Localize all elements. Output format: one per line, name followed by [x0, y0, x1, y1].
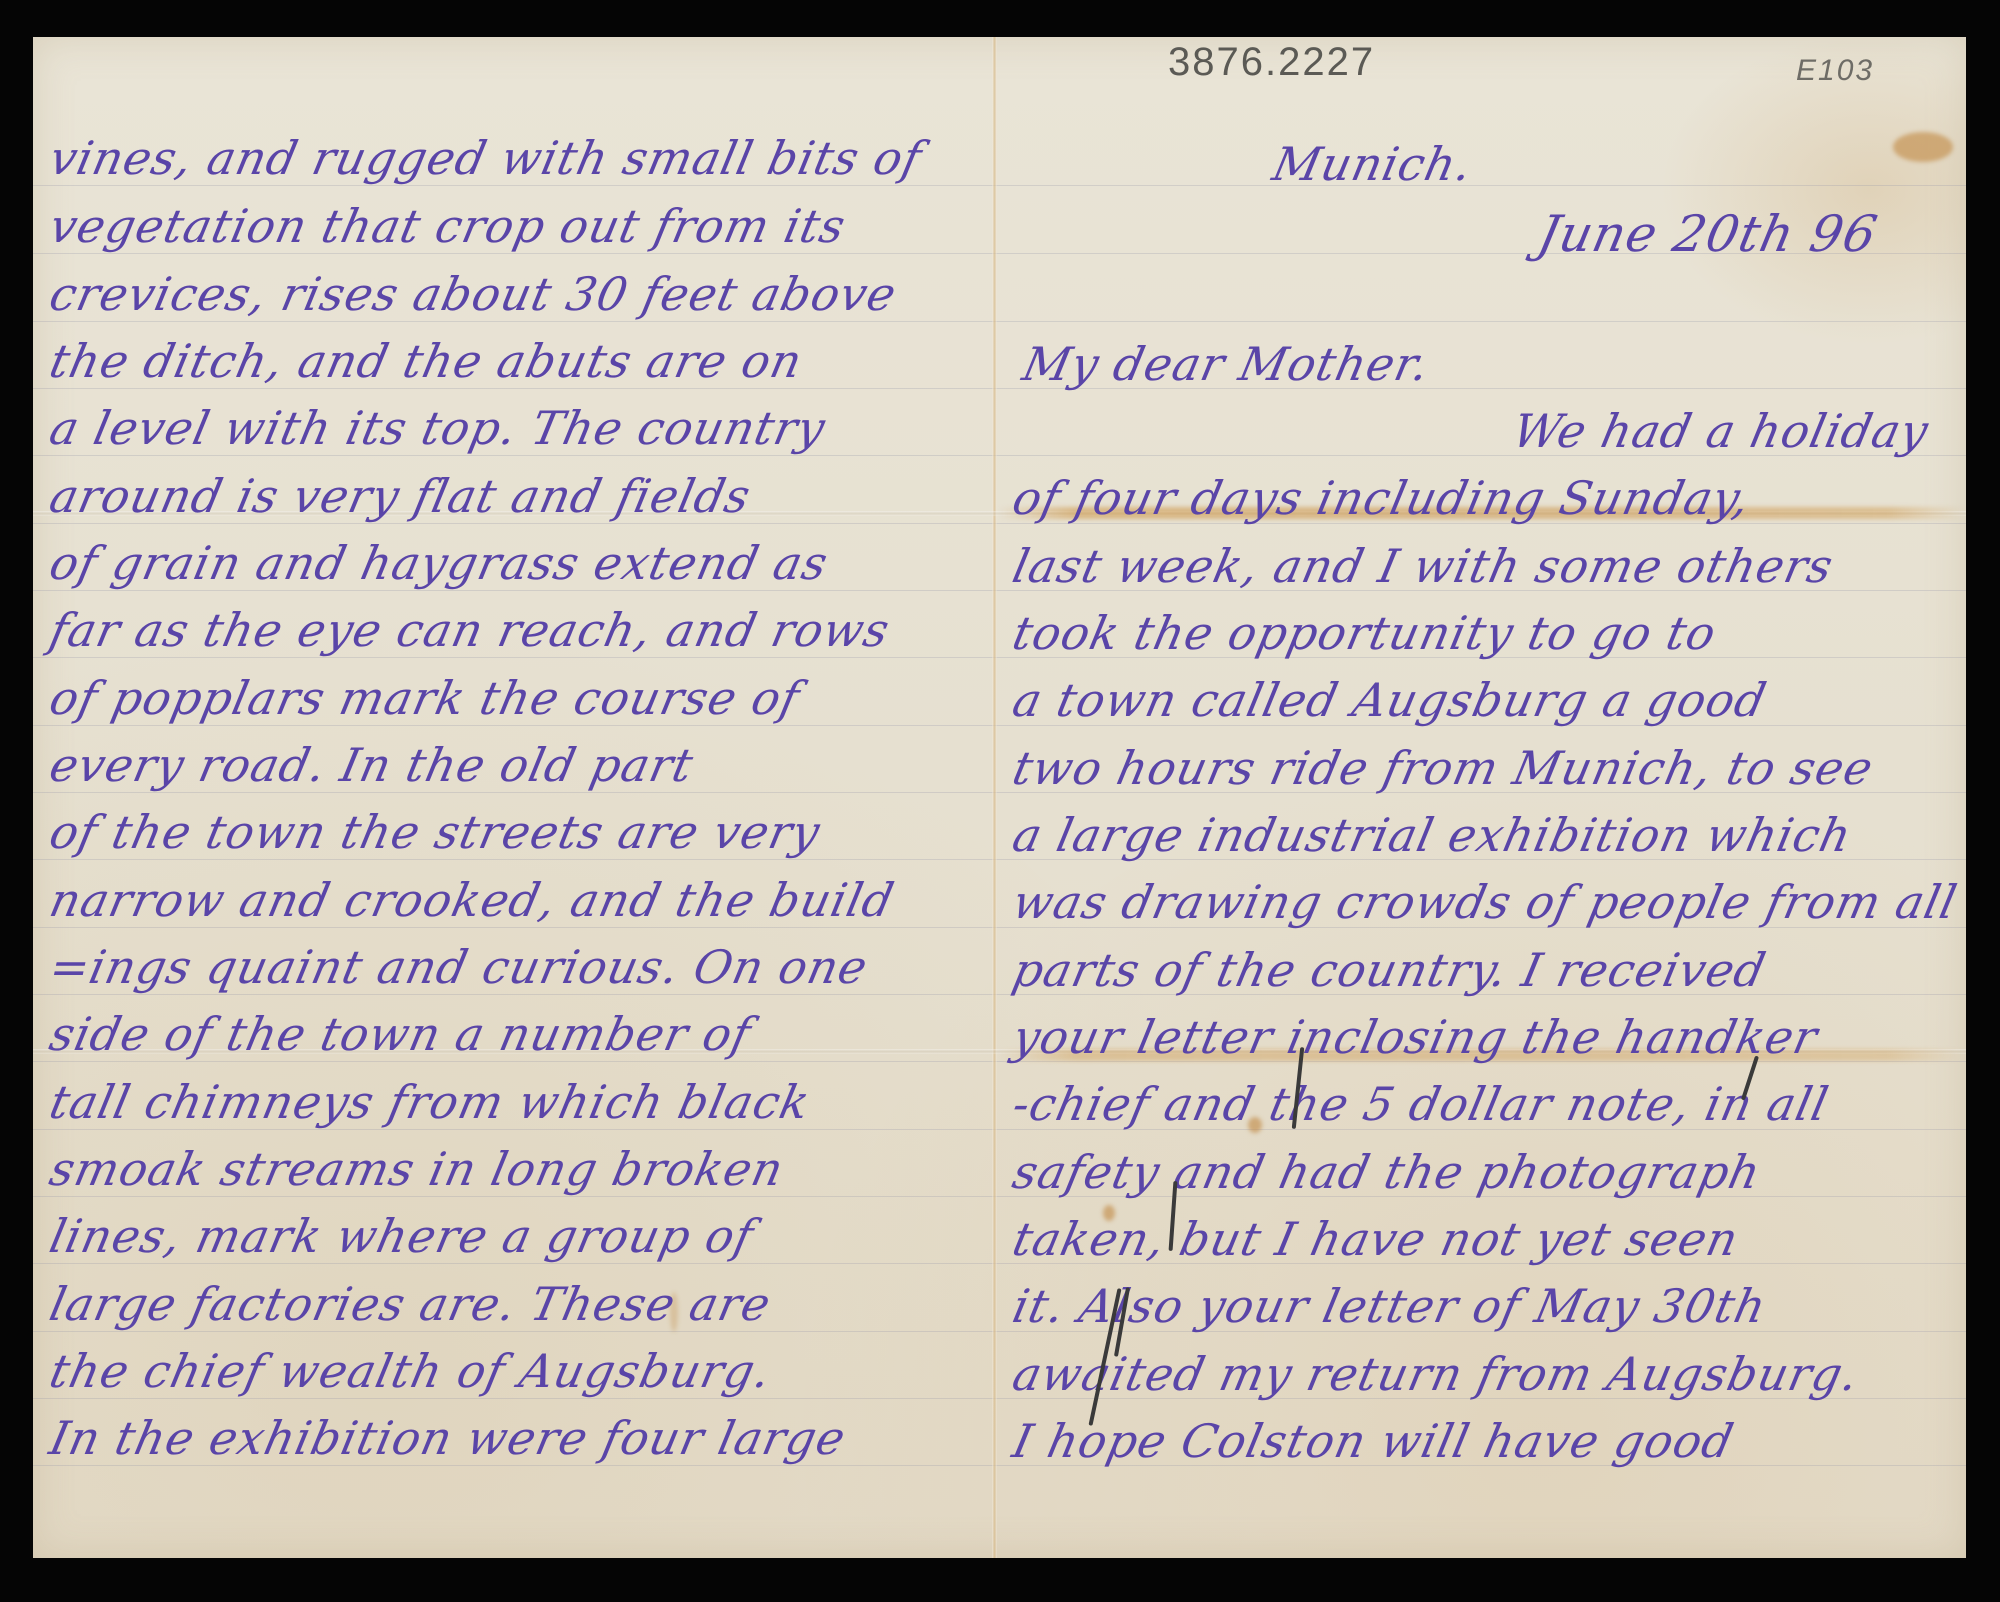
- handwritten-line: of popplars mark the course of: [45, 671, 805, 725]
- handwritten-line: We had a holiday: [1508, 404, 1934, 458]
- handwritten-line: parts of the country. I received: [1008, 943, 1771, 997]
- handwritten-line: large factories are. These are: [45, 1277, 776, 1331]
- handwritten-line: of the town the streets are very: [45, 805, 825, 859]
- date-heading: June 20th 96: [1533, 205, 1883, 263]
- letter-sheet: 3876.2227 E103 vines, and rugged with sm…: [33, 37, 1966, 1558]
- handwritten-line: around is very flat and fields: [45, 469, 756, 523]
- handwritten-line: your letter inclosing the handker: [1008, 1010, 1823, 1064]
- handwritten-line: =ings quaint and curious. On one: [45, 940, 873, 994]
- handwritten-line: of four days including Sunday,: [1008, 471, 1755, 525]
- handwritten-line: of grain and haygrass extend as: [45, 536, 833, 590]
- handwritten-line: the chief wealth of Augsburg.: [45, 1344, 776, 1398]
- handwritten-line: took the opportunity to go to: [1008, 606, 1721, 660]
- handwritten-line: two hours ride from Munich, to see: [1008, 741, 1878, 795]
- handwritten-line: -chief and the 5 dollar note, in all: [1008, 1077, 1834, 1131]
- handwritten-line: vines, and rugged with small bits of: [45, 131, 927, 185]
- left-page: vines, and rugged with small bits of veg…: [45, 37, 990, 1558]
- handwritten-line: awaited my return from Augsburg.: [1008, 1347, 1864, 1401]
- handwritten-line: crevices, rises about 30 feet above: [45, 267, 902, 321]
- handwritten-line: a town called Augsburg a good: [1008, 673, 1772, 727]
- handwritten-line: I hope Colston will have good: [1008, 1414, 1739, 1468]
- salutation: My dear Mother.: [1018, 337, 1435, 391]
- handwritten-line: far as the eye can reach, and rows: [45, 603, 895, 657]
- place-heading: Munich.: [1268, 137, 1478, 191]
- handwritten-line: In the exhibition were four large: [45, 1411, 851, 1465]
- handwritten-line: safety and had the photograph: [1008, 1145, 1766, 1199]
- handwritten-line: tall chimneys from which black: [45, 1075, 815, 1129]
- handwritten-line: a level with its top. The country: [45, 401, 830, 455]
- handwritten-line: taken, but I have not yet seen: [1008, 1212, 1744, 1266]
- handwritten-line: was drawing crowds of people from all: [1008, 875, 1962, 929]
- handwritten-line: lines, mark where a group of: [45, 1209, 759, 1263]
- handwritten-line: smoak streams in long broken: [45, 1142, 789, 1196]
- right-page: Munich. June 20th 96 My dear Mother. We …: [1008, 37, 1953, 1558]
- center-fold: [992, 37, 997, 1558]
- handwritten-line: side of the town a number of: [45, 1007, 756, 1061]
- handwritten-line: the ditch, and the abuts are on: [45, 334, 808, 388]
- handwritten-line: narrow and crooked, and the build: [45, 873, 899, 927]
- handwritten-line: vegetation that crop out from its: [45, 199, 851, 253]
- handwritten-line: a large industrial exhibition which: [1008, 808, 1857, 862]
- handwritten-line: every road. In the old part: [45, 738, 699, 792]
- handwritten-line: last week, and I with some others: [1008, 539, 1838, 593]
